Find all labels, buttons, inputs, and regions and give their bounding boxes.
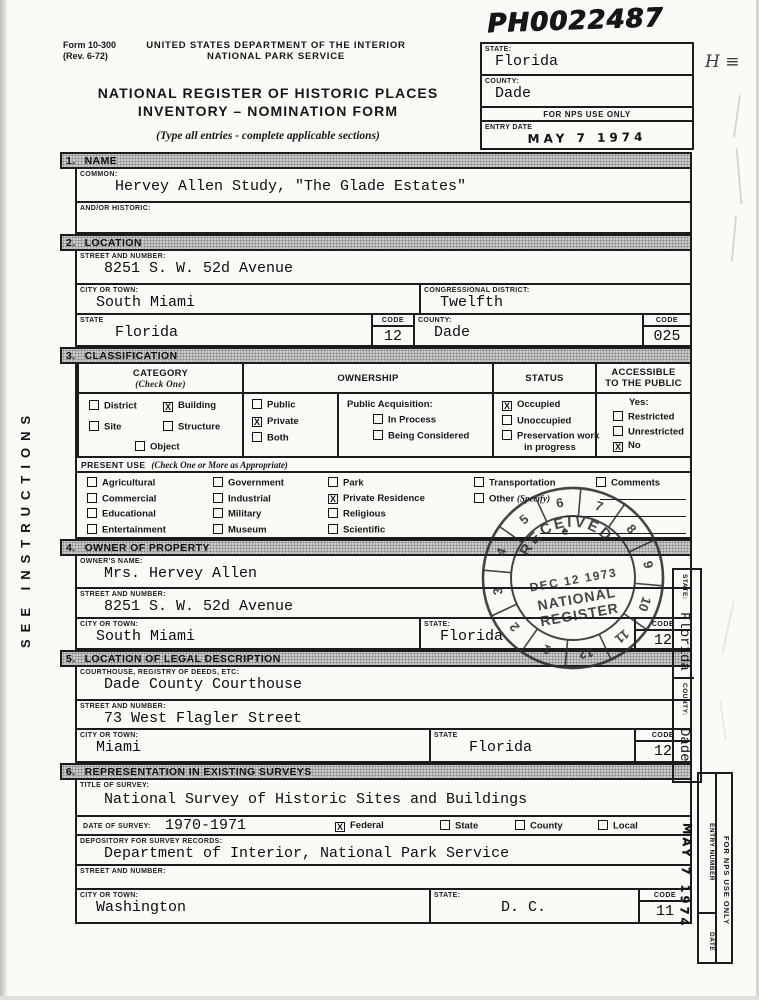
- section-3-header: 3. CLASSIFICATION: [60, 347, 692, 364]
- county-code-value: 025: [644, 327, 690, 345]
- accessible-header-line2: TO THE PUBLIC: [597, 378, 690, 389]
- present-use-options: Agricultural Commercial Educational Ente…: [77, 471, 690, 537]
- section-6-fields: TITLE OF SURVEY: National Survey of Hist…: [75, 780, 692, 924]
- present-use-label: PRESENT USE: [81, 460, 145, 470]
- option-label: County: [530, 821, 563, 832]
- option-both: Both: [252, 432, 337, 444]
- county-label: COUNTY:: [482, 76, 692, 85]
- checkbox-unchecked: [598, 820, 608, 830]
- classification-table: CATEGORY (Check One) OWNERSHIP STATUS AC…: [75, 364, 692, 539]
- for-nps-use-only-cell: FOR NPS USE ONLY: [715, 774, 731, 962]
- checkbox-unchecked: [474, 477, 484, 487]
- nps-header-box: STATE: Florida COUNTY: Dade FOR NPS USE …: [480, 42, 694, 150]
- option-label: Building: [178, 400, 216, 411]
- survey-state-field: STATE: D. C.: [429, 890, 638, 922]
- common-name-label: COMMON:: [77, 169, 690, 178]
- survey-title-value: National Survey of Historic Sites and Bu…: [77, 789, 690, 808]
- owner-city-field: CITY OR TOWN: South Miami: [77, 619, 419, 648]
- public-acquisition-options: Public Acquisition: In Process Being Con…: [337, 394, 492, 456]
- checkbox-unchecked: [373, 414, 383, 424]
- checkbox-unchecked: [328, 524, 338, 534]
- county-label: COUNTY:: [415, 315, 642, 324]
- checkbox-unchecked: [135, 441, 145, 451]
- depository-value: Department of Interior, National Park Se…: [77, 845, 690, 862]
- depository-label: DEPOSITORY FOR SURVEY RECORDS:: [77, 836, 690, 845]
- county-field: COUNTY: Dade: [482, 74, 692, 106]
- checkbox-unchecked: [613, 411, 623, 421]
- option-restricted: Restricted: [613, 411, 690, 423]
- page-title-line1: NATIONAL REGISTER OF HISTORIC PLACES: [58, 84, 478, 102]
- state-field: STATE Florida: [77, 315, 371, 345]
- county-value: Dade: [415, 324, 642, 341]
- survey-date-label: DATE OF SURVEY:: [80, 821, 151, 830]
- option-industrial: Industrial: [213, 493, 284, 505]
- option-educational: Educational: [87, 508, 166, 520]
- status-options: XOccupied Unoccupied Preservation work i…: [492, 394, 595, 456]
- checkbox-unchecked: [213, 524, 223, 534]
- option-being-considered: Being Considered: [373, 430, 492, 442]
- owner-name-value: Mrs. Hervey Allen: [77, 565, 690, 582]
- option-preservation-work-line2: in progress: [524, 442, 595, 453]
- option-label: Local: [613, 821, 638, 832]
- vertical-date-stamp: MAY 7 1974: [677, 823, 695, 929]
- option-comments: Comments: [596, 477, 660, 489]
- owner-street-field: STREET AND NUMBER: 8251 S. W. 52d Avenue: [77, 589, 690, 617]
- option-label: Agricultural: [102, 478, 155, 489]
- checkbox-checked: X: [502, 401, 512, 411]
- checkbox-unchecked: [87, 508, 97, 518]
- form-number-line2: (Rev. 6-72): [63, 51, 116, 62]
- date-cell: DATE: [699, 914, 715, 962]
- checkbox-unchecked: [87, 493, 97, 503]
- form-body: 1. NAME COMMON: Hervey Allen Study, "The…: [60, 152, 692, 924]
- option-label: Museum: [228, 524, 267, 535]
- survey-street-label: STREET AND NUMBER:: [77, 866, 690, 875]
- option-religious: Religious: [328, 508, 425, 520]
- survey-state-label: STATE:: [431, 890, 638, 899]
- option-local: Local: [598, 820, 638, 832]
- option-label: Scientific: [343, 524, 385, 535]
- legal-street-label: STREET AND NUMBER:: [77, 701, 690, 710]
- state-field: STATE: Florida: [482, 44, 692, 74]
- code-label: CODE: [373, 315, 413, 327]
- option-label: Restricted: [628, 412, 674, 423]
- type-instructions: (Type all entries - complete applicable …: [58, 130, 478, 142]
- section-1-number: 1.: [66, 155, 76, 167]
- section-5-header: 5. LOCATION OF LEGAL DESCRIPTION: [60, 650, 692, 667]
- option-label: Private Residence: [343, 493, 425, 504]
- nps-use-only-label: FOR NPS USE ONLY: [482, 106, 692, 120]
- survey-city-label: CITY OR TOWN:: [77, 890, 429, 899]
- section-4-number: 4.: [66, 542, 76, 554]
- fill-line: [600, 499, 686, 500]
- city-label: CITY OR TOWN:: [77, 285, 419, 294]
- nps-use-only-box: ENTRY NUMBER DATE FOR NPS USE ONLY: [697, 772, 733, 964]
- option-public: Public: [252, 399, 337, 411]
- owner-state-label: STATE:: [421, 619, 634, 628]
- option-park: Park: [328, 477, 425, 489]
- margin-state-value: Florida: [676, 612, 692, 671]
- section-3-title: CLASSIFICATION: [85, 350, 178, 362]
- margin-county-value: Dade: [676, 728, 692, 762]
- survey-state-value: D. C.: [431, 899, 638, 916]
- accessible-header-line1: ACCESSIBLE: [597, 367, 690, 378]
- section-6-header: 6. REPRESENTATION IN EXISTING SURVEYS: [60, 763, 692, 780]
- option-state: State: [440, 820, 478, 832]
- handwritten-margin-note: H ≡: [705, 52, 739, 72]
- option-government: Government: [213, 477, 284, 489]
- option-entertainment: Entertainment: [87, 524, 166, 536]
- option-label: Preservation work: [517, 431, 599, 442]
- option-agricultural: Agricultural: [87, 477, 166, 489]
- section-1-fields: COMMON: Hervey Allen Study, "The Glade E…: [75, 169, 692, 234]
- survey-title-label: TITLE OF SURVEY:: [77, 780, 690, 789]
- section-1-title: NAME: [85, 155, 118, 167]
- city-value: South Miami: [77, 294, 419, 311]
- historic-name-field: AND/OR HISTORIC:: [77, 203, 690, 232]
- state-value: Florida: [482, 53, 692, 70]
- option-label: Government: [228, 478, 284, 489]
- option-label: Park: [343, 478, 364, 489]
- section-3-number: 3.: [66, 350, 76, 362]
- margin-county-label: COUNTY:: [681, 683, 688, 716]
- section-1-header: 1. NAME: [60, 152, 692, 169]
- option-label: Industrial: [228, 493, 271, 504]
- option-label: Private: [267, 416, 299, 427]
- section-5-title: LOCATION OF LEGAL DESCRIPTION: [85, 653, 281, 665]
- scan-edge-left: [0, 0, 7, 1000]
- option-label: Religious: [343, 509, 386, 520]
- courthouse-value: Dade County Courthouse: [77, 676, 690, 693]
- option-label: Being Considered: [388, 430, 469, 441]
- option-building-checked: XBuilding: [163, 400, 242, 415]
- checkbox-unchecked: [89, 421, 99, 431]
- option-label: Object: [150, 442, 180, 453]
- section-5-fields: COURTHOUSE, REGISTRY OF DEEDS, ETC: Dade…: [75, 667, 692, 763]
- category-header-line2: (Check One): [79, 379, 242, 389]
- depository-field: DEPOSITORY FOR SURVEY RECORDS: Departmen…: [77, 836, 690, 864]
- district-value: Twelfth: [421, 294, 690, 311]
- street-value: 8251 S. W. 52d Avenue: [77, 260, 690, 277]
- common-name-value: Hervey Allen Study, "The Glade Estates": [77, 178, 690, 195]
- pencil-scribble: [719, 700, 726, 740]
- checkbox-unchecked: [328, 508, 338, 518]
- common-name-field: COMMON: Hervey Allen Study, "The Glade E…: [77, 169, 690, 201]
- owner-street-label: STREET AND NUMBER:: [77, 589, 690, 598]
- option-private-residence-checked: XPrivate Residence: [328, 493, 425, 505]
- option-label: Educational: [102, 509, 156, 520]
- fill-line: [540, 533, 686, 534]
- congressional-district-field: CONGRESSIONAL DISTRICT: Twelfth: [419, 285, 690, 313]
- checkbox-unchecked: [252, 399, 262, 409]
- scanned-nomination-form: Form 10-300 (Rev. 6-72) UNITED STATES DE…: [0, 0, 759, 1000]
- checkbox-checked: X: [163, 402, 173, 412]
- scan-edge-bottom: [0, 996, 759, 1000]
- legal-city-value: Miami: [77, 739, 429, 756]
- option-commercial: Commercial: [87, 493, 166, 505]
- checkbox-unchecked: [163, 421, 173, 431]
- state-label: STATE:: [482, 44, 692, 53]
- right-margin-state-county-box: STATE: Florida COUNTY: Dade: [672, 568, 702, 783]
- checkbox-unchecked: [213, 493, 223, 503]
- option-military: Military: [213, 508, 284, 520]
- city-field: CITY OR TOWN: South Miami: [77, 285, 419, 313]
- courthouse-label: COURTHOUSE, REGISTRY OF DEEDS, ETC:: [77, 667, 690, 676]
- legal-state-value: Florida: [431, 739, 634, 756]
- pencil-scribble: [733, 95, 740, 137]
- option-label: Transportation: [489, 478, 556, 489]
- section-2-number: 2.: [66, 237, 76, 249]
- entry-date-field: ENTRY DATE MAY 7 1974: [482, 120, 692, 148]
- section-4-header: 4. OWNER OF PROPERTY: [60, 539, 692, 556]
- survey-street-field: STREET AND NUMBER:: [77, 866, 690, 888]
- present-use-header: PRESENT USE (Check One or More as Approp…: [77, 456, 690, 471]
- option-occupied-checked: XOccupied: [502, 399, 595, 411]
- acquisition-heading: Public Acquisition:: [347, 399, 492, 410]
- option-object: Object: [135, 441, 242, 456]
- option-museum: Museum: [213, 524, 284, 536]
- county-code-field: CODE 025: [642, 315, 690, 345]
- checkbox-unchecked: [474, 493, 484, 503]
- survey-city-value: Washington: [77, 899, 429, 916]
- margin-state-field: STATE: Florida: [674, 570, 694, 679]
- district-label: CONGRESSIONAL DISTRICT:: [421, 285, 690, 294]
- checkbox-unchecked: [440, 820, 450, 830]
- option-label: No: [628, 440, 641, 451]
- county-field: COUNTY: Dade: [413, 315, 642, 345]
- checkbox-unchecked: [328, 477, 338, 487]
- checkbox-checked: X: [252, 417, 262, 427]
- section-4-fields: OWNER'S NAME: Mrs. Hervey Allen STREET A…: [75, 556, 692, 650]
- survey-date-field: DATE OF SURVEY: 1970-1971 XFederal State…: [77, 815, 690, 834]
- section-2-header: 2. LOCATION: [60, 234, 692, 251]
- legal-city-label: CITY OR TOWN:: [77, 730, 429, 739]
- pencil-scribble: [731, 215, 737, 261]
- checkbox-unchecked: [502, 415, 512, 425]
- street-label: STREET AND NUMBER:: [77, 251, 690, 260]
- option-scientific: Scientific: [328, 524, 425, 536]
- present-use-note: (Check One or More as Appropriate): [151, 460, 287, 470]
- entry-number-date-column: ENTRY NUMBER DATE: [699, 774, 715, 962]
- legal-city-field: CITY OR TOWN: Miami: [77, 730, 429, 761]
- yes-heading: Yes:: [629, 397, 690, 408]
- owner-city-value: South Miami: [77, 628, 419, 645]
- courthouse-field: COURTHOUSE, REGISTRY OF DEEDS, ETC: Dade…: [77, 667, 690, 699]
- survey-date-value: 1970-1971: [165, 817, 246, 834]
- category-header-line1: CATEGORY: [79, 368, 242, 379]
- legal-street-value: 73 West Flagler Street: [77, 710, 690, 727]
- accessible-column-header: ACCESSIBLE TO THE PUBLIC: [595, 364, 690, 392]
- option-other-specify: (Specify): [517, 493, 550, 503]
- section-2-fields: STREET AND NUMBER: 8251 S. W. 52d Avenue…: [75, 251, 692, 347]
- see-instructions-margin-text: SEE INSTRUCTIONS: [18, 348, 33, 648]
- option-label: Commercial: [102, 493, 156, 504]
- entry-number-cell: ENTRY NUMBER: [699, 774, 715, 914]
- legal-state-field: STATE Florida: [429, 730, 634, 761]
- form-number: Form 10-300 (Rev. 6-72): [63, 40, 116, 62]
- checkbox-unchecked: [89, 400, 99, 410]
- checkbox-unchecked: [213, 508, 223, 518]
- category-column-header: CATEGORY (Check One): [77, 364, 242, 392]
- option-label: Public: [267, 400, 296, 411]
- margin-county-field: COUNTY: Dade: [674, 679, 694, 762]
- category-options: District XBuilding Site Structure Object: [77, 394, 242, 456]
- county-value: Dade: [482, 85, 692, 102]
- checkbox-unchecked: [373, 430, 383, 440]
- owner-city-label: CITY OR TOWN:: [77, 619, 419, 628]
- option-district: District: [89, 400, 163, 415]
- checkbox-unchecked: [252, 432, 262, 442]
- option-no-checked: XNo: [613, 440, 690, 452]
- option-other: Other (Specify): [474, 493, 556, 505]
- page-title-line2: INVENTORY – NOMINATION FORM: [58, 102, 478, 120]
- ownership-options: Public XPrivate Both: [242, 394, 337, 456]
- handwritten-id-number: PH0022487: [487, 3, 664, 39]
- survey-title-field: TITLE OF SURVEY: National Survey of Hist…: [77, 780, 690, 815]
- department-line2: NATIONAL PARK SERVICE: [128, 51, 424, 62]
- checkbox-unchecked: [596, 477, 606, 487]
- option-label: Federal: [350, 820, 384, 831]
- state-value: Florida: [77, 324, 371, 341]
- owner-state-field: STATE: Florida: [419, 619, 634, 648]
- checkbox-unchecked: [502, 430, 512, 440]
- margin-state-label: STATE:: [681, 574, 688, 600]
- legal-state-label: STATE: [431, 730, 634, 739]
- section-6-title: REPRESENTATION IN EXISTING SURVEYS: [85, 766, 312, 778]
- option-federal-checked: XFederal: [335, 820, 384, 832]
- checkbox-unchecked: [87, 477, 97, 487]
- department-heading: UNITED STATES DEPARTMENT OF THE INTERIOR…: [128, 40, 424, 62]
- option-label: Military: [228, 509, 261, 520]
- option-unoccupied: Unoccupied: [502, 415, 595, 427]
- option-private-checked: XPrivate: [252, 416, 337, 428]
- checkbox-unchecked: [515, 820, 525, 830]
- accessible-options: Yes: Restricted Unrestricted XNo: [595, 394, 690, 456]
- ownership-column-header: OWNERSHIP: [242, 364, 492, 392]
- option-label: District: [104, 401, 137, 412]
- option-transportation: Transportation: [474, 477, 556, 489]
- option-label: Occupied: [517, 399, 560, 410]
- option-label: Structure: [178, 421, 220, 432]
- option-site: Site: [89, 421, 163, 436]
- checkbox-checked: X: [613, 442, 623, 452]
- option-unrestricted: Unrestricted: [613, 426, 690, 438]
- section-6-number: 6.: [66, 766, 76, 778]
- fill-line: [565, 516, 686, 517]
- status-column-header: STATUS: [492, 364, 595, 392]
- historic-name-label: AND/OR HISTORIC:: [77, 203, 690, 212]
- section-5-number: 5.: [66, 653, 76, 665]
- owner-name-label: OWNER'S NAME:: [77, 556, 690, 565]
- checkbox-checked: X: [328, 494, 338, 504]
- option-label: Entertainment: [102, 524, 166, 535]
- option-label: Site: [104, 421, 121, 432]
- option-structure: Structure: [163, 421, 242, 436]
- option-label: Unrestricted: [628, 426, 684, 437]
- street-field: STREET AND NUMBER: 8251 S. W. 52d Avenue: [77, 251, 690, 283]
- code-label: CODE: [644, 315, 690, 327]
- owner-street-value: 8251 S. W. 52d Avenue: [77, 598, 690, 615]
- checkbox-unchecked: [213, 477, 223, 487]
- form-number-line1: Form 10-300: [63, 40, 116, 51]
- option-label: Comments: [611, 478, 660, 489]
- option-label: State: [455, 821, 478, 832]
- option-in-process: In Process: [373, 414, 492, 426]
- entry-date-stamp: MAY 7 1974: [482, 129, 692, 147]
- option-label: Both: [267, 433, 289, 444]
- section-2-title: LOCATION: [85, 237, 142, 249]
- checkbox-checked: X: [335, 822, 345, 832]
- legal-street-field: STREET AND NUMBER: 73 West Flagler Stree…: [77, 701, 690, 728]
- owner-name-field: OWNER'S NAME: Mrs. Hervey Allen: [77, 556, 690, 587]
- owner-state-value: Florida: [421, 628, 634, 645]
- option-county: County: [515, 820, 563, 832]
- option-preservation-work: Preservation work: [502, 430, 595, 442]
- state-code-field: CODE 12: [371, 315, 413, 345]
- pencil-scribble: [721, 600, 734, 654]
- option-label: Unoccupied: [517, 415, 571, 426]
- checkbox-unchecked: [87, 524, 97, 534]
- page-title: NATIONAL REGISTER OF HISTORIC PLACES INV…: [58, 84, 478, 120]
- survey-city-field: CITY OR TOWN: Washington: [77, 890, 429, 922]
- checkbox-unchecked: [613, 426, 623, 436]
- state-label: STATE: [77, 315, 371, 324]
- option-label: Other: [489, 493, 514, 504]
- option-label: In Process: [388, 415, 436, 426]
- state-code-value: 12: [373, 327, 413, 345]
- section-4-title: OWNER OF PROPERTY: [85, 542, 210, 554]
- pencil-scribble: [736, 148, 742, 204]
- department-line1: UNITED STATES DEPARTMENT OF THE INTERIOR: [128, 40, 424, 51]
